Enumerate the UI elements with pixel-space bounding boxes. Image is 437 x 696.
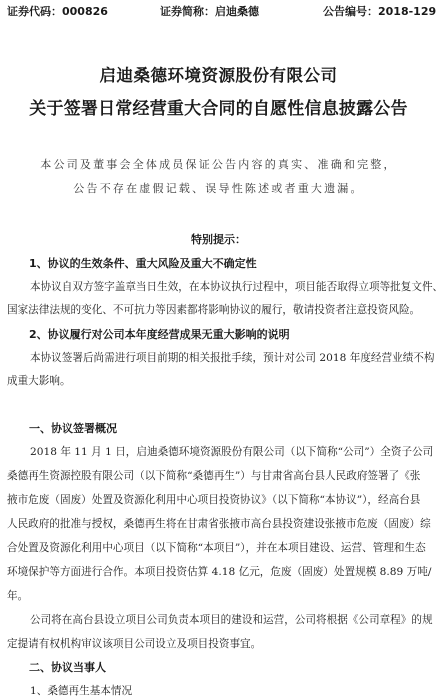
- board-statement-line2: 公告不存在虚假记载、误导性陈述或者重大遗漏。: [0, 180, 437, 196]
- paragraph-line: 成重大影响。: [7, 373, 432, 388]
- paragraph-line: 公司将在高台县设立项目公司负责本项目的建设和运营，公司将根据《公司章程》的规: [30, 612, 437, 627]
- paragraph-line: 本协议自双方签字盖章当日生效，在本协议执行过程中，项目能否取得立项等批复文件、: [30, 279, 437, 294]
- document-header: 证券代码：000826 证券简称：启迪桑德 公告编号：2018-129: [0, 3, 437, 19]
- section1-heading: 一、协议签署概况: [29, 420, 117, 436]
- paragraph-line: 年。: [7, 588, 432, 603]
- paragraph-line: 2018 年 11 月 1 日，启迪桑德环境资源股份有限公司（以下简称“公司”）…: [30, 444, 437, 459]
- paragraph-line: 定提请有权机构审议该项目公司设立及项目投资事宜。: [7, 636, 432, 651]
- company-title: 启迪桑德环境资源股份有限公司: [0, 62, 437, 86]
- paragraph-line: 桑德再生资源控股有限公司（以下简称“桑德再生”）与甘肃省高台县人民政府签署了《张: [7, 468, 432, 483]
- notice-number: 公告编号：2018-129: [323, 3, 436, 19]
- tip-item2-heading: 2、协议履行对公司本年度经营成果无重大影响的说明: [29, 326, 290, 342]
- paragraph-line: 本协议签署后尚需进行项目前期的相关报批手续，预计对公司 2018 年度经营业绩不…: [30, 350, 437, 365]
- notice-title: 关于签署日常经营重大合同的自愿性信息披露公告: [0, 94, 437, 119]
- board-statement-line1: 本公司及董事会全体成员保证公告内容的真实、准确和完整，: [0, 156, 437, 172]
- tip-item1-heading: 1、协议的生效条件、重大风险及重大不确定性: [29, 255, 257, 271]
- section2-sub1: 1、桑德再生基本情况: [30, 683, 437, 696]
- paragraph-line: 掖市危废（固废）处置及资源化利用中心项目投资协议》（以下简称“本协议”），经高台…: [7, 492, 432, 507]
- paragraph-line: 国家法律法规的变化、不可抗力等因素都将影响协议的履行，敬请投资者注意投资风险。: [7, 302, 432, 317]
- paragraph-line: 合处置及资源化利用中心项目（以下简称“本项目”），并在本项目建设、运营、管理和生…: [7, 540, 432, 555]
- paragraph-line: 人民政府的批准与授权，桑德再生将在甘肃省张掖市高台县投资建设张掖市危废（固废）综: [7, 516, 432, 531]
- paragraph-line: 环境保护等方面进行合作。本项目投资估算 4.18 亿元，危废（固废）处置规模 8…: [7, 564, 432, 579]
- section2-heading: 二、协议当事人: [29, 659, 106, 675]
- security-code: 证券代码：000826: [7, 3, 108, 19]
- special-tip-heading: 特别提示：: [0, 231, 437, 247]
- security-short-name: 证券简称：启迪桑德: [160, 3, 259, 19]
